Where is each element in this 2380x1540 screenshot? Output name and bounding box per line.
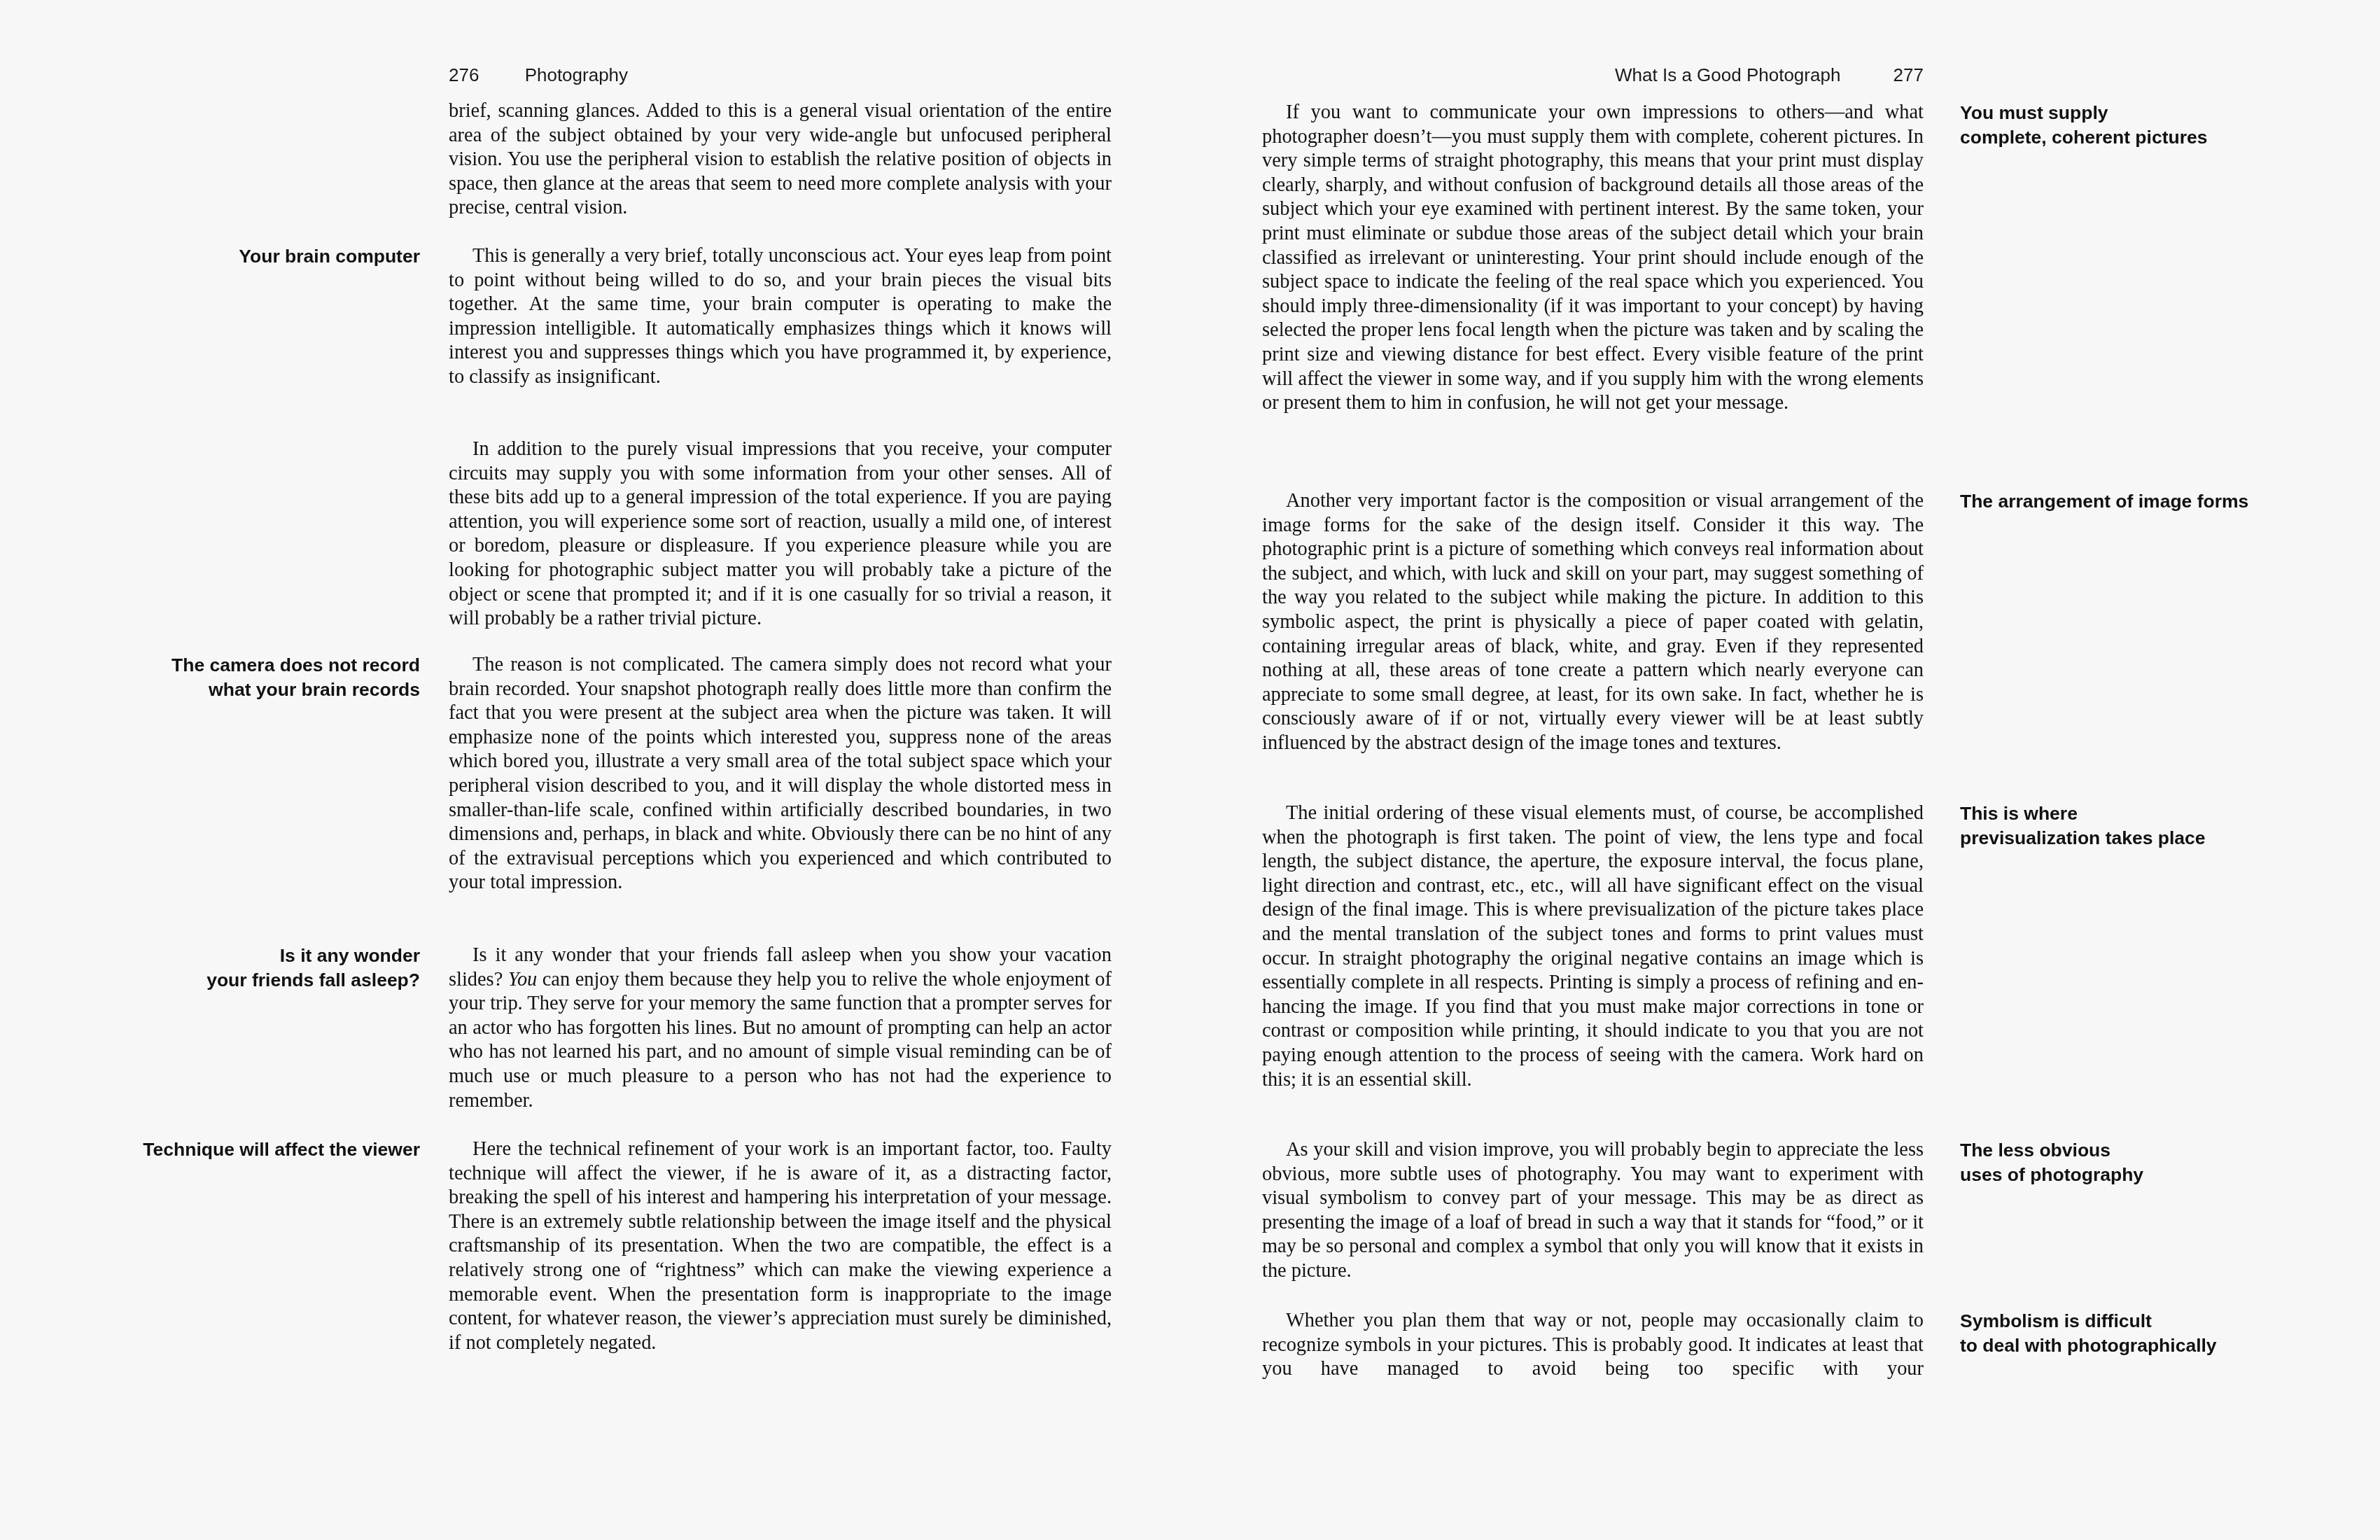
left-running-head: 276 Photography [449, 64, 628, 86]
margin-note-line: The arrangement of image forms [1960, 489, 2248, 514]
body-paragraph: Is it any wonder that your friends fall … [449, 944, 1112, 1113]
body-paragraph: Here the technical refinement of your wo… [449, 1137, 1112, 1355]
body-paragraph: This is generally a very brief, totally … [449, 244, 1112, 390]
body-paragraph: The initial ordering of these visual ele… [1262, 801, 1924, 1092]
margin-note-line: what your brain records [171, 678, 420, 702]
body-paragraph: brief, scanning glances. Added to this i… [449, 99, 1112, 220]
body-paragraph: If you want to communicate your own impr… [1262, 101, 1924, 416]
margin-note-line: This is where [1960, 801, 2206, 826]
margin-note: Symbolism is difficult to deal with phot… [1960, 1309, 2217, 1357]
margin-note-line: to deal with photographically [1960, 1333, 2217, 1358]
margin-note-line: Technique will affect the viewer [143, 1137, 420, 1162]
margin-note: Technique will affect the viewer [143, 1137, 420, 1162]
margin-note: You must supply complete, coherent pictu… [1960, 101, 2207, 149]
margin-note-line: uses of photography [1960, 1163, 2143, 1187]
body-paragraph: The reason is not complicated. The camer… [449, 653, 1112, 895]
margin-note-line: previsualization takes place [1960, 826, 2206, 850]
margin-note-line: Is it any wonder [206, 944, 420, 968]
body-paragraph: Another very important factor is the com… [1262, 489, 1924, 756]
margin-note-line: Your brain computer [239, 244, 420, 269]
margin-note: Your brain computer [239, 244, 420, 269]
margin-note-line: The camera does not record [171, 653, 420, 678]
margin-note-line: Symbolism is difficult [1960, 1309, 2217, 1333]
margin-note: The arrangement of image forms [1960, 489, 2248, 514]
margin-note: This is where previsualization takes pla… [1960, 801, 2206, 850]
emphasis: You [508, 969, 538, 990]
margin-note: The camera does not record what your bra… [171, 653, 420, 701]
body-paragraph: As your skill and vision improve, you wi… [1262, 1138, 1924, 1284]
margin-note-line: The less obvious [1960, 1138, 2143, 1163]
page-number: 277 [1893, 64, 1924, 86]
page-number: 276 [449, 64, 479, 86]
running-title: What Is a Good Photograph [1615, 64, 1840, 85]
margin-note-line: You must supply [1960, 101, 2207, 125]
body-paragraph: Whether you plan them that way or not, p… [1262, 1309, 1924, 1382]
margin-note: The less obvious uses of photography [1960, 1138, 2143, 1186]
body-paragraph: In addition to the purely visual impress… [449, 437, 1112, 631]
book-spread: 276 Photography brief, scanning glances.… [0, 0, 2380, 1540]
margin-note-line: your friends fall asleep? [206, 968, 420, 993]
running-title: Photography [525, 64, 628, 85]
right-running-head: What Is a Good Photograph 277 [1614, 64, 1924, 86]
margin-note: Is it any wonder your friends fall aslee… [206, 944, 420, 992]
margin-note-line: complete, coherent pictures [1960, 125, 2207, 150]
